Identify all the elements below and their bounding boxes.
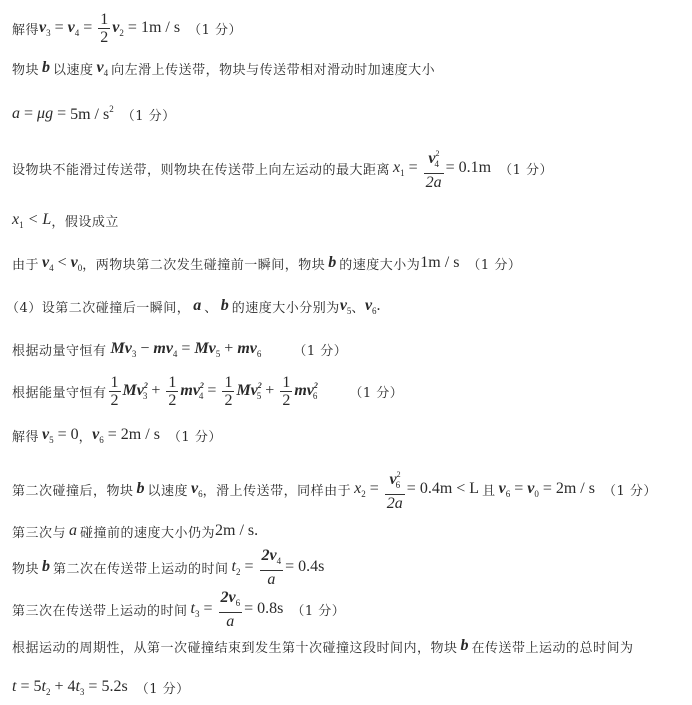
line-max-distance: 设物块不能滑过传送带，则物块在传送带上向左运动的最大距离 x1= v24 2a … (12, 148, 553, 188)
value: 1m / s (141, 19, 180, 37)
line-total-time: t= 5t2+ 4t3= 5.2s （1 分） (12, 667, 190, 705)
line-part-4: （4）设第二次碰撞后一瞬间， a 、 b 的速度大小分别为 v5 、 v6 . (6, 286, 381, 326)
line-periodicity: 根据运动的周期性，从第一次碰撞结束到发生第十次碰撞这段时间内，物块 b 在传送带… (12, 626, 634, 666)
fraction-half: 12 (98, 11, 110, 46)
line-momentum-conservation: 根据动量守恒有 Mv3− mv4= Mv5+ mv6 （1 分） (12, 329, 347, 369)
score: （1 分） (188, 19, 242, 38)
line-third-collision-speed: 第三次与 a 碰撞前的速度大小仍为 2m / s . (12, 511, 258, 551)
line-second-collision: 第二次碰撞后，物块 b 以速度 v6 ，滑上传送带，同样由于 x2= v26 2… (12, 469, 657, 509)
line-block-b-slides: 物块 b 以速度 v4 向左滑上传送带，物块与传送带相对滑动时加速度大小 (12, 48, 435, 88)
line-solve-v5-v6: 解得 v5 = 0 ， v6 = 2m / s （1 分） (12, 415, 222, 455)
line-solve-v3-v4: 解得 v3= v4= 12 v2= 1m / s （1 分） (12, 8, 242, 48)
line-energy-conservation: 根据能量守恒有 12 Mv23+ 12 mv24= 12 Mv25+ 12 mv… (12, 371, 403, 411)
line-acceleration: a= μg= 5m / s2 （1 分） (12, 94, 176, 134)
text: 解得 (12, 19, 39, 38)
fraction-v6sq-over-2a: v26 2a (385, 466, 405, 512)
line-assumption-holds: x1 < L ，假设成立 (12, 200, 119, 240)
line-time-t3: 第三次在传送带上运动的时间 t3= 2v6 a = 0.8s （1 分） (12, 589, 345, 629)
line-v4-less-v0: 由于 v4< v0 ，两物块第二次发生碰撞前一瞬间，物块 b 的速度大小为 1m… (12, 243, 521, 283)
line-time-t2: 物块 b 第二次在传送带上运动的时间 t2= 2v4 a = 0.4s (12, 547, 324, 587)
fraction-v4sq-over-2a: v24 2a (424, 145, 444, 191)
